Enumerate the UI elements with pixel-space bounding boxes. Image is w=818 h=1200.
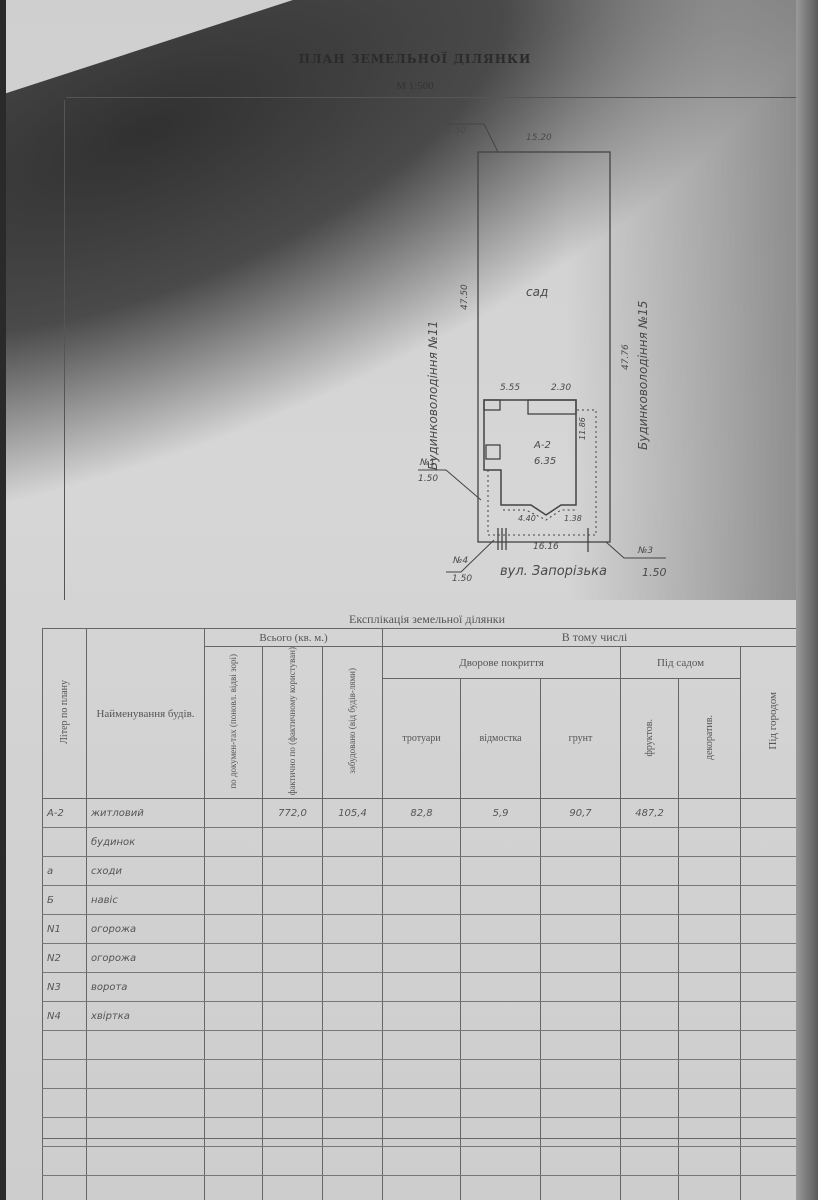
header-sidewalk: тротуари <box>383 679 461 799</box>
cell-blind-area <box>461 1176 541 1200</box>
header-garden: Під садом <box>621 647 741 679</box>
neighbor-right-label: Будинковолодіння №15 <box>636 301 650 450</box>
cell-by-docs <box>205 1147 263 1176</box>
cell-blind-area <box>461 1089 541 1118</box>
document-page: ПЛАН ЗЕМЕЛЬНОЇ ДІЛЯНКИ М 1:500 <box>6 0 818 1200</box>
cell-letter <box>43 1031 87 1060</box>
cell-name: огорожа <box>87 944 205 973</box>
cell-built <box>323 973 383 1002</box>
cell-actual <box>263 857 323 886</box>
cell-actual <box>263 915 323 944</box>
cell-sidewalk <box>383 1176 461 1200</box>
cell-sidewalk <box>383 1060 461 1089</box>
cell-actual <box>263 1002 323 1031</box>
cell-actual <box>263 973 323 1002</box>
dim-bottom: 16.16 <box>533 542 559 552</box>
cell-soil <box>541 1031 621 1060</box>
cell-fruit <box>621 1031 679 1060</box>
cell-built <box>323 886 383 915</box>
header-soil: грунт <box>541 679 621 799</box>
marker-n3-id: №3 <box>638 546 653 556</box>
table-row <box>43 1031 807 1060</box>
site-plan-drawing <box>6 0 818 610</box>
cell-blind-area <box>461 1060 541 1089</box>
cell-name <box>87 1147 205 1176</box>
cell-actual <box>263 1089 323 1118</box>
cell-decor <box>679 973 741 1002</box>
marker-n4-value: 1.50 <box>452 574 472 584</box>
cell-by-docs <box>205 828 263 857</box>
table-row: N3ворота <box>43 973 807 1002</box>
cell-fruit <box>621 1089 679 1118</box>
cell-built <box>323 1118 383 1147</box>
cell-built <box>323 828 383 857</box>
cell-sidewalk <box>383 886 461 915</box>
cell-name: хвіртка <box>87 1002 205 1031</box>
cell-name: будинок <box>87 828 205 857</box>
dim-house-bottom-right: 1.38 <box>564 514 582 523</box>
header-name: Найменування будів. <box>87 629 205 799</box>
cell-fruit <box>621 886 679 915</box>
dim-house-top-left: 5.55 <box>500 383 520 393</box>
cell-fruit <box>621 1176 679 1200</box>
cell-sidewalk <box>383 973 461 1002</box>
dim-house-bottom-left: 4.40 <box>518 514 536 523</box>
cell-by-docs <box>205 1002 263 1031</box>
cell-actual <box>263 1176 323 1200</box>
cell-fruit <box>621 1060 679 1089</box>
cell-actual <box>263 1060 323 1089</box>
table-bottom-border <box>42 1138 806 1139</box>
table-row: Бнавіс <box>43 886 807 915</box>
marker-n3-value: 1.50 <box>642 566 667 579</box>
dim-left: 47.50 <box>460 284 470 310</box>
header-fruit: фруктов. <box>621 679 679 799</box>
cell-decor <box>679 1060 741 1089</box>
table-row: будинок <box>43 828 807 857</box>
marker-n2-value: 1.50 <box>446 126 466 136</box>
cell-letter: N4 <box>43 1002 87 1031</box>
cell-built <box>323 1031 383 1060</box>
cell-decor <box>679 828 741 857</box>
table-row <box>43 1118 807 1147</box>
cell-by-docs <box>205 799 263 828</box>
cell-name: навіс <box>87 886 205 915</box>
cell-soil <box>541 886 621 915</box>
cell-sidewalk: 82,8 <box>383 799 461 828</box>
cell-letter: N2 <box>43 944 87 973</box>
dim-top: 15.20 <box>526 133 552 143</box>
cell-soil <box>541 828 621 857</box>
cell-sidewalk <box>383 915 461 944</box>
cell-blind-area: 5,9 <box>461 799 541 828</box>
cell-name <box>87 1176 205 1200</box>
cell-built <box>323 1089 383 1118</box>
cell-actual <box>263 1031 323 1060</box>
cell-name <box>87 1060 205 1089</box>
cell-name: житловий <box>87 799 205 828</box>
header-decor: декоратив. <box>679 679 741 799</box>
cell-decor <box>679 915 741 944</box>
cell-letter: а <box>43 857 87 886</box>
cell-actual <box>263 944 323 973</box>
cell-decor <box>679 1176 741 1200</box>
marker-n1-value: 1.50 <box>418 474 438 484</box>
cell-blind-area <box>461 1147 541 1176</box>
cell-built <box>323 1176 383 1200</box>
cell-blind-area <box>461 1031 541 1060</box>
cell-fruit: 487,2 <box>621 799 679 828</box>
header-built: забудовано (від будів-лями) <box>323 647 383 799</box>
header-blind-area: відмостка <box>461 679 541 799</box>
explication-table-section: Експлікація земельної ділянки Літер по п… <box>42 612 812 1142</box>
cell-name: огорожа <box>87 915 205 944</box>
cell-name: ворота <box>87 973 205 1002</box>
cell-decor <box>679 886 741 915</box>
cell-soil <box>541 915 621 944</box>
cell-sidewalk <box>383 857 461 886</box>
cell-soil <box>541 1147 621 1176</box>
header-actual: фактично по (фактичному користуван) <box>263 647 323 799</box>
house-height: 6.35 <box>534 456 556 467</box>
cell-letter <box>43 1118 87 1147</box>
dim-right: 47.76 <box>621 344 631 370</box>
cell-actual <box>263 828 323 857</box>
cell-name <box>87 1089 205 1118</box>
cell-soil <box>541 1060 621 1089</box>
cell-letter: N3 <box>43 973 87 1002</box>
cell-sidewalk <box>383 1147 461 1176</box>
street-label: вул. Запорізька <box>500 564 607 579</box>
cell-decor <box>679 1089 741 1118</box>
dim-house-top-right: 2.30 <box>551 383 571 393</box>
cell-decor <box>679 944 741 973</box>
table-row <box>43 1147 807 1176</box>
cell-by-docs <box>205 886 263 915</box>
table-caption: Експлікація земельної ділянки <box>42 612 812 627</box>
cell-name <box>87 1031 205 1060</box>
cell-soil <box>541 1118 621 1147</box>
table-row: N2огорожа <box>43 944 807 973</box>
cell-letter: А-2 <box>43 799 87 828</box>
header-letter: Літер по плану <box>43 629 87 799</box>
cell-blind-area <box>461 973 541 1002</box>
cell-sidewalk <box>383 1002 461 1031</box>
table-row <box>43 1089 807 1118</box>
header-including: В тому числі <box>383 629 807 647</box>
house-letter: А-2 <box>534 440 551 451</box>
cell-actual <box>263 1118 323 1147</box>
garden-label: сад <box>526 285 548 299</box>
cell-built <box>323 1002 383 1031</box>
cell-blind-area <box>461 1118 541 1147</box>
cell-built: 105,4 <box>323 799 383 828</box>
cell-built <box>323 1147 383 1176</box>
cell-soil <box>541 944 621 973</box>
cell-actual <box>263 886 323 915</box>
cell-soil <box>541 1176 621 1200</box>
cell-fruit <box>621 1002 679 1031</box>
marker-n2-id: №2 <box>444 113 459 123</box>
cell-by-docs <box>205 944 263 973</box>
cell-letter <box>43 1060 87 1089</box>
cell-by-docs <box>205 1031 263 1060</box>
cell-fruit <box>621 973 679 1002</box>
cell-letter <box>43 1176 87 1200</box>
cell-by-docs <box>205 915 263 944</box>
cell-fruit <box>621 1147 679 1176</box>
cell-built <box>323 944 383 973</box>
cell-name: сходи <box>87 857 205 886</box>
neighbor-left-label: Будинковолодіння №11 <box>426 321 440 470</box>
cell-decor <box>679 799 741 828</box>
cell-by-docs <box>205 1060 263 1089</box>
cell-by-docs <box>205 1176 263 1200</box>
cell-fruit <box>621 857 679 886</box>
cell-name <box>87 1118 205 1147</box>
cell-letter <box>43 1089 87 1118</box>
header-total: Всього (кв. м.) <box>205 629 383 647</box>
table-row: N1огорожа <box>43 915 807 944</box>
cell-built <box>323 1060 383 1089</box>
cell-blind-area <box>461 828 541 857</box>
cell-sidewalk <box>383 1089 461 1118</box>
table-row: N4хвіртка <box>43 1002 807 1031</box>
cell-decor <box>679 1147 741 1176</box>
cell-by-docs <box>205 1118 263 1147</box>
table-row <box>43 1060 807 1089</box>
cell-by-docs <box>205 973 263 1002</box>
table-row: А-2житловий772,0105,482,85,990,7487,2 <box>43 799 807 828</box>
cell-blind-area <box>461 944 541 973</box>
cell-letter <box>43 1147 87 1176</box>
cell-decor <box>679 1031 741 1060</box>
table-row: асходи <box>43 857 807 886</box>
cell-letter: Б <box>43 886 87 915</box>
explication-table: Літер по плану Найменування будів. Всьог… <box>42 628 807 1200</box>
cell-sidewalk <box>383 1031 461 1060</box>
cell-blind-area <box>461 886 541 915</box>
cell-blind-area <box>461 1002 541 1031</box>
marker-n4-id: №4 <box>453 556 468 566</box>
cell-blind-area <box>461 915 541 944</box>
cell-decor <box>679 1002 741 1031</box>
cell-soil <box>541 1089 621 1118</box>
cell-sidewalk <box>383 828 461 857</box>
cell-fruit <box>621 944 679 973</box>
marker-n1-id: №1 <box>420 458 435 468</box>
cell-fruit <box>621 915 679 944</box>
page-edge <box>796 0 818 1200</box>
cell-soil <box>541 857 621 886</box>
header-by-docs: по докумен-тах (поновл. відві зорі) <box>205 647 263 799</box>
cell-fruit <box>621 828 679 857</box>
header-yard: Дворове покриття <box>383 647 621 679</box>
cell-blind-area <box>461 857 541 886</box>
cell-soil <box>541 1002 621 1031</box>
cell-letter <box>43 828 87 857</box>
cell-fruit <box>621 1118 679 1147</box>
cell-soil: 90,7 <box>541 799 621 828</box>
cell-actual <box>263 1147 323 1176</box>
cell-decor <box>679 857 741 886</box>
cell-sidewalk <box>383 944 461 973</box>
cell-by-docs <box>205 857 263 886</box>
cell-built <box>323 915 383 944</box>
cell-by-docs <box>205 1089 263 1118</box>
cell-soil <box>541 973 621 1002</box>
cell-letter: N1 <box>43 915 87 944</box>
cell-actual: 772,0 <box>263 799 323 828</box>
dim-house-right: 11.86 <box>578 417 587 440</box>
cell-sidewalk <box>383 1118 461 1147</box>
cell-built <box>323 857 383 886</box>
table-row <box>43 1176 807 1200</box>
cell-decor <box>679 1118 741 1147</box>
